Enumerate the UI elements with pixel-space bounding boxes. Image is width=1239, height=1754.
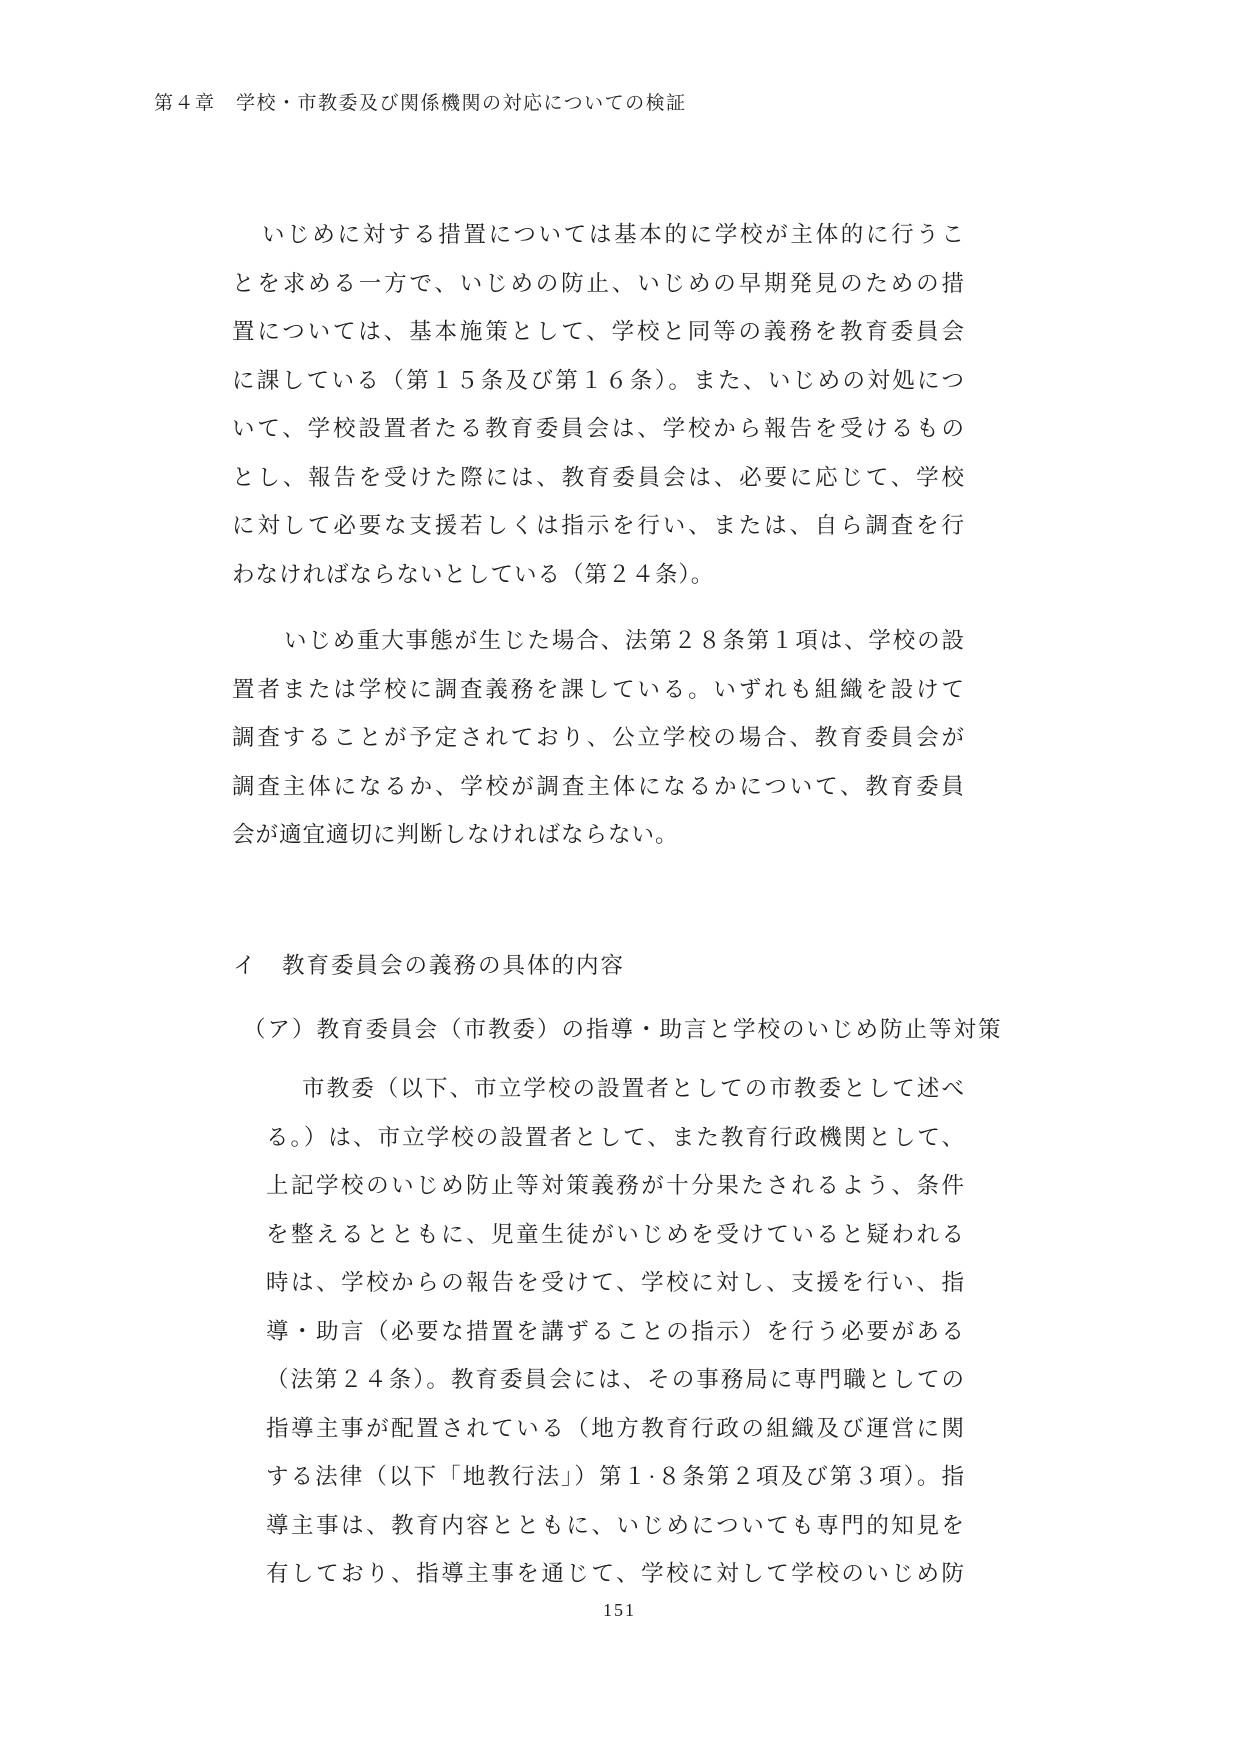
paragraph-3: 市教委（以下、市立学校の設置者としての市教委として述べる。）は、市立学校の設置者… — [266, 1065, 965, 1599]
section-heading-i: イ 教育委員会の義務の具体的内容 — [233, 948, 625, 980]
text-line: る。）は、市立学校の設置者として、また教育行政機関として、 — [266, 1114, 965, 1163]
text-line: 有しており、指導主事を通じて、学校に対して学校のいじめ防 — [266, 1550, 965, 1599]
text-line: 時は、学校からの報告を受けて、学校に対し、支援を行い、指 — [266, 1259, 965, 1308]
section-heading-a: （ア）教育委員会（市教委）の指導・助言と学校のいじめ防止等対策 — [243, 1012, 1003, 1044]
text-line: 指導主事が配置されている（地方教育行政の組織及び運営に関 — [266, 1405, 965, 1454]
document-page: { "document": { "chapter_header": "第４章 学… — [0, 0, 1239, 1754]
text-line: 置者または学校に調査義務を課している。いずれも組織を設けて — [232, 666, 965, 715]
text-line: とし、報告を受けた際には、教育委員会は、必要に応じて、学校 — [232, 454, 965, 503]
text-line: わなければならないとしている（第２４条）。 — [232, 551, 965, 600]
text-line: を整えるとともに、児童生徒がいじめを受けていると疑われる — [266, 1211, 965, 1260]
text-line: 会が適宜適切に判断しなければならない。 — [232, 811, 965, 860]
text-line: 市教委（以下、市立学校の設置者としての市教委として述べ — [266, 1065, 965, 1114]
text-line: （法第２４条）。教育委員会には、その事務局に専門職としての — [266, 1356, 965, 1405]
text-line: 調査することが予定されており、公立学校の場合、教育委員会が — [232, 714, 965, 763]
page-number: 151 — [0, 1600, 1239, 1621]
text-line: 導・助言（必要な措置を講ずることの指示）を行う必要がある — [266, 1308, 965, 1357]
text-line: に対して必要な支援若しくは指示を行い、または、自ら調査を行 — [232, 502, 965, 551]
text-line: いじめ重大事態が生じた場合、法第２８条第１項は、学校の設 — [232, 617, 965, 666]
text-line: 導主事は、教育内容とともに、いじめについても専門的知見を — [266, 1502, 965, 1551]
text-line: に課している（第１５条及び第１６条）。また、いじめの対処につ — [232, 357, 965, 406]
text-line: いじめに対する措置については基本的に学校が主体的に行うこ — [232, 211, 965, 260]
text-line: 上記学校のいじめ防止等対策義務が十分果たされるよう、条件 — [266, 1162, 965, 1211]
text-line: 調査主体になるか、学校が調査主体になるかについて、教育委員 — [232, 763, 965, 812]
text-line: いて、学校設置者たる教育委員会は、学校から報告を受けるもの — [232, 405, 965, 454]
chapter-header: 第４章 学校・市教委及び関係機関の対応についての検証 — [154, 88, 687, 115]
paragraph-1: いじめに対する措置については基本的に学校が主体的に行うことを求める一方で、いじめ… — [232, 211, 965, 599]
paragraph-2: いじめ重大事態が生じた場合、法第２８条第１項は、学校の設置者または学校に調査義務… — [232, 617, 965, 860]
text-line: 置については、基本施策として、学校と同等の義務を教育委員会 — [232, 308, 965, 357]
text-line: とを求める一方で、いじめの防止、いじめの早期発見のための措 — [232, 260, 965, 309]
text-line: する法律（以下「地教行法」）第１·８条第２項及び第３項）。指 — [266, 1453, 965, 1502]
